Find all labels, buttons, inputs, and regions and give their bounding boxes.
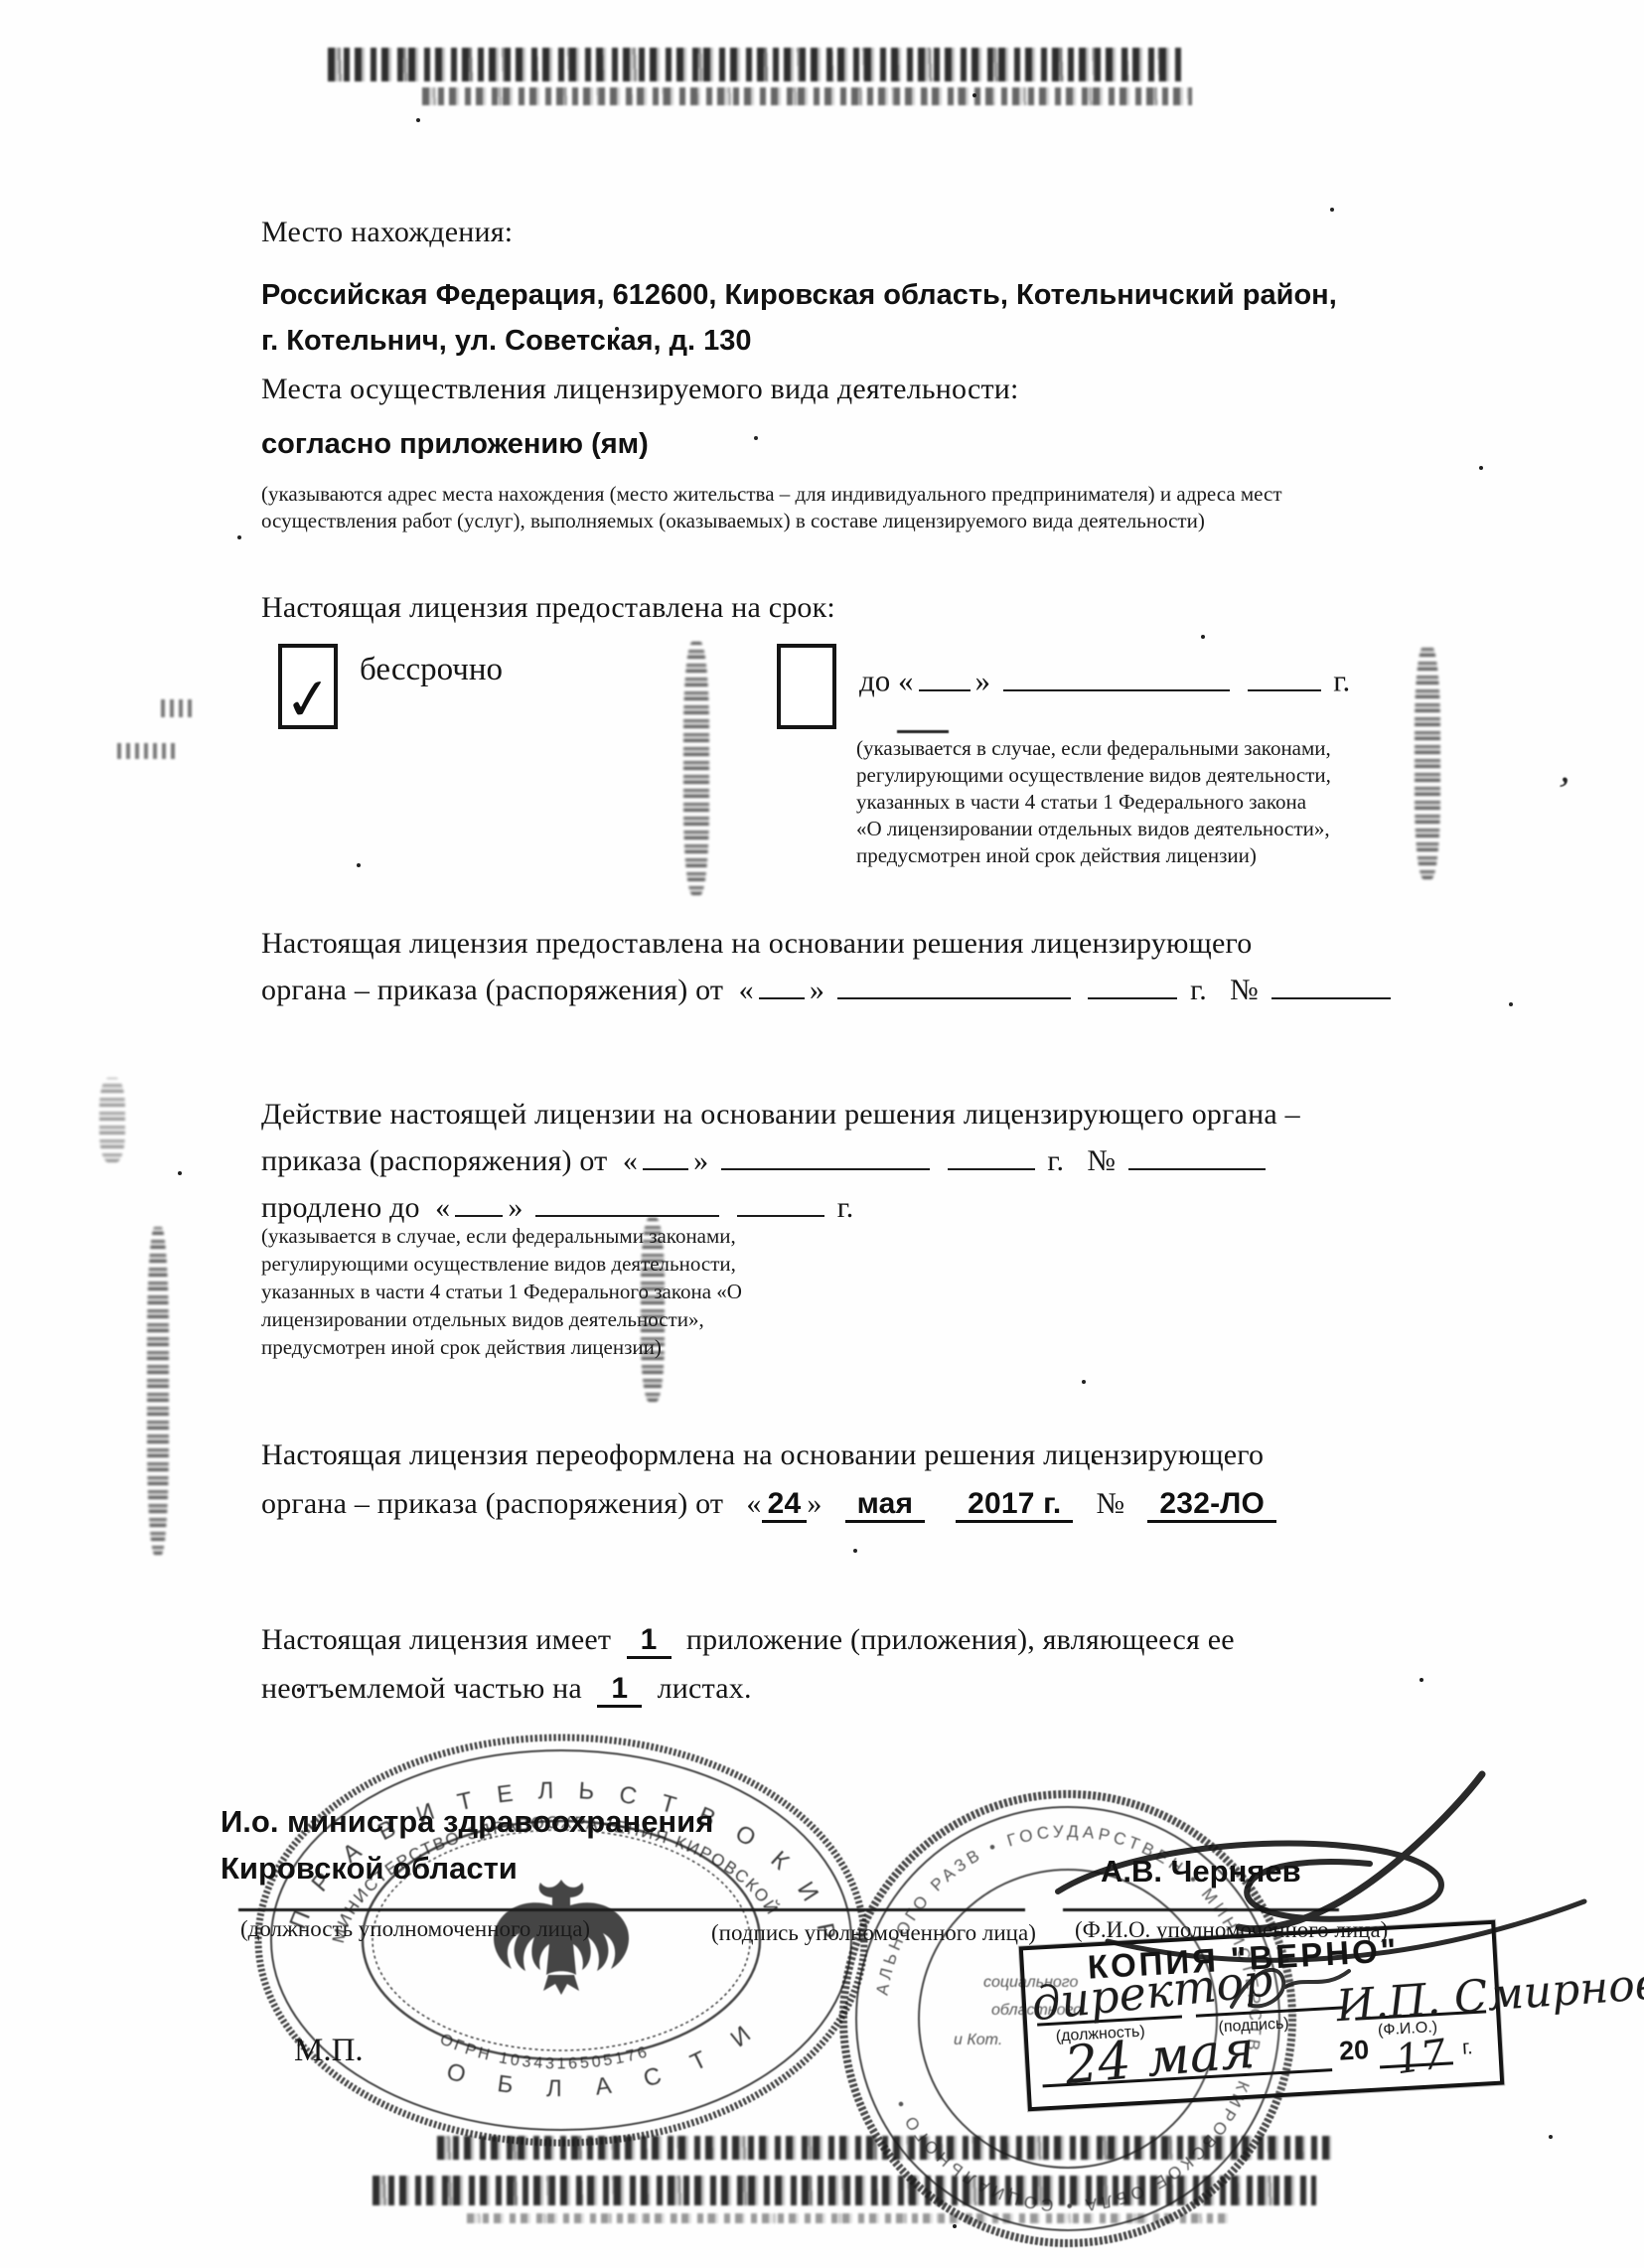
quote-open: « [898, 664, 914, 698]
scan-smudge [117, 743, 175, 759]
quote-close: » [508, 1191, 523, 1224]
stray-apostrophe-mark: ’ [1551, 766, 1574, 815]
term-note-line: (указывается в случае, если федеральными… [856, 735, 1413, 762]
reissued-paragraph: Настоящая лицензия переоформлена на осно… [261, 1431, 1553, 1528]
granted-line-1: Настоящая лицензия предоставлена на осно… [261, 920, 1533, 967]
validity-year-blank [948, 1137, 1035, 1170]
term-note: (указывается в случае, если федеральными… [856, 735, 1413, 869]
scan-speckles [0, 0, 2, 2]
reissued-line-2: органа – приказа (распоряжения) от «24» … [261, 1479, 1553, 1528]
until-date-checkbox [777, 644, 836, 729]
reissued-line2-prefix: органа – приказа (распоряжения) от [261, 1487, 723, 1520]
validity-line2-prefix: приказа (распоряжения) от [261, 1144, 607, 1177]
places-note: (указываются адрес места нахождения (мес… [261, 481, 1384, 534]
reissued-line-1: Настоящая лицензия переоформлена на осно… [261, 1431, 1553, 1479]
perpetual-label: бессрочно [360, 652, 503, 688]
signer-position: И.о. министра здравоохранения Кировской … [221, 1798, 713, 1891]
validity-day-blank [643, 1137, 688, 1170]
prolong-year-blank [737, 1184, 824, 1217]
validity-month-blank [721, 1137, 930, 1170]
scan-smudge [147, 1227, 169, 1555]
address-line-1: Российская Федерация, 612600, Кировская … [261, 272, 1513, 318]
reissued-year-value: 2017 г. [956, 1487, 1073, 1523]
attach-part4: листах. [658, 1672, 752, 1705]
reissued-number-value: 232-ЛО [1147, 1487, 1276, 1523]
attach-part3: неотъемлемой частью на [261, 1672, 582, 1705]
term-note-line: предусмотрен иной срок действия лицензии… [856, 842, 1413, 869]
reissued-month-value: мая [845, 1487, 926, 1523]
validity-note-line: лицензировании отдельных видов деятельно… [261, 1305, 837, 1333]
scan-smudge [99, 1078, 125, 1162]
granted-year-blank [1088, 967, 1177, 999]
handwritten-year: 17 [1393, 2032, 1449, 2084]
stray-dash-mark [897, 730, 949, 733]
quote-close: » [810, 974, 824, 1006]
validity-note: (указывается в случае, если федеральными… [261, 1222, 837, 1361]
prolong-month-blank [535, 1184, 719, 1217]
until-word: до [859, 664, 890, 698]
places-note-line-2: осуществления работ (услуг), выполняемых… [261, 508, 1384, 534]
validity-note-line: предусмотрен иной срок действия лицензии… [261, 1333, 837, 1361]
quote-close: » [807, 1487, 822, 1520]
address-value: Российская Федерация, 612600, Кировская … [261, 272, 1513, 364]
seal-place-label: М.П. [294, 2033, 364, 2069]
until-day-blank [919, 658, 971, 691]
prolong-day-blank [455, 1184, 503, 1217]
until-month-blank [1003, 658, 1230, 691]
attach-part1: Настоящая лицензия имеет [261, 1623, 611, 1656]
quote-open: « [739, 974, 754, 1006]
reissued-day-value: 24 [762, 1487, 808, 1523]
year-abbr: г. [837, 1191, 854, 1224]
until-date-row: до «» г. [859, 658, 1350, 699]
scan-smudge [683, 642, 709, 895]
validity-number-blank [1128, 1137, 1266, 1170]
ministry-round-seal: П Р А В И Т Е Л Ь С Т В О К И Р О В С К … [243, 1727, 879, 2154]
validity-note-line: регулирующими осуществление видов деятел… [261, 1250, 837, 1278]
scan-smudge [161, 699, 197, 717]
validity-note-line: указанных в части 4 статьи 1 Федеральног… [261, 1278, 837, 1305]
number-sign: № [1096, 1487, 1124, 1520]
attach-part2: приложение (приложения), являющееся ее [686, 1623, 1235, 1656]
quote-open: « [623, 1144, 638, 1177]
quote-close: » [975, 664, 991, 698]
number-sign: № [1087, 1144, 1116, 1177]
handwritten-initials [1224, 1955, 1353, 2027]
validity-paragraph: Действие настоящей лицензии на основании… [261, 1091, 1553, 1231]
granted-paragraph: Настоящая лицензия предоставлена на осно… [261, 920, 1533, 1013]
quote-close: » [693, 1144, 708, 1177]
address-line-2: г. Котельнич, ул. Советская, д. 130 [261, 318, 1513, 364]
degraded-header-band-2 [422, 87, 1192, 105]
quote-open: « [435, 1191, 450, 1224]
term-note-line: указанных в части 4 статьи 1 Федеральног… [856, 789, 1413, 816]
granted-line-2: органа – приказа (распоряжения) от «» г.… [261, 967, 1533, 1013]
attachments-paragraph: Настоящая лицензия имеет 1 приложение (п… [261, 1615, 1553, 1713]
places-label: Места осуществления лицензируемого вида … [261, 366, 1019, 412]
places-value: согласно приложению (ям) [261, 421, 649, 467]
quote-open: « [746, 1487, 761, 1520]
attachments-line-2: неотъемлемой частью на 1 листах. [261, 1664, 1553, 1713]
signer-position-line-1: И.о. министра здравоохранения [221, 1798, 713, 1845]
term-label: Настоящая лицензия предоставлена на срок… [261, 584, 835, 631]
location-label: Место нахождения: [261, 209, 513, 255]
perpetual-checkbox: ✓ [278, 644, 338, 729]
validity-line-1: Действие настоящей лицензии на основании… [261, 1091, 1553, 1137]
granted-number-blank [1271, 967, 1391, 999]
validity-note-line: (указывается в случае, если федеральными… [261, 1222, 837, 1250]
term-note-line: «О лицензировании отдельных видов деятел… [856, 816, 1413, 842]
until-year-abbr: г. [1333, 664, 1350, 698]
degraded-header-band-1 [328, 48, 1182, 81]
granted-line2-prefix: органа – приказа (распоряжения) от [261, 974, 723, 1006]
validity-line-2: приказа (распоряжения) от «» г. № [261, 1137, 1553, 1184]
copy-stamp-year-prefix: 20 [1338, 2035, 1370, 2067]
scanned-license-page: Место нахождения: Российская Федерация, … [0, 0, 1644, 2268]
places-note-line-1: (указываются адрес места нахождения (мес… [261, 481, 1384, 508]
attachments-line-1: Настоящая лицензия имеет 1 приложение (п… [261, 1615, 1553, 1664]
term-note-line: регулирующими осуществление видов деятел… [856, 762, 1413, 789]
attach-count-value: 1 [627, 1623, 672, 1659]
granted-day-blank [759, 967, 805, 999]
scan-smudge [1415, 646, 1440, 879]
signer-position-line-2: Кировской области [221, 1845, 713, 1891]
number-sign: № [1230, 974, 1259, 1006]
validity-line3-prefix: продлено до [261, 1191, 420, 1224]
copy-stamp-year-suffix: г. [1462, 2037, 1474, 2060]
double-eagle-emblem-icon [494, 1880, 629, 1995]
org-stamp-inner-line: и Кот. [954, 2032, 1002, 2048]
checkbox-check-icon: ✓ [281, 664, 336, 736]
year-abbr: г. [1047, 1144, 1064, 1177]
until-year-blank [1248, 658, 1321, 691]
attach-sheets-value: 1 [597, 1672, 642, 1708]
granted-month-blank [837, 967, 1071, 999]
year-abbr: г. [1190, 974, 1207, 1006]
